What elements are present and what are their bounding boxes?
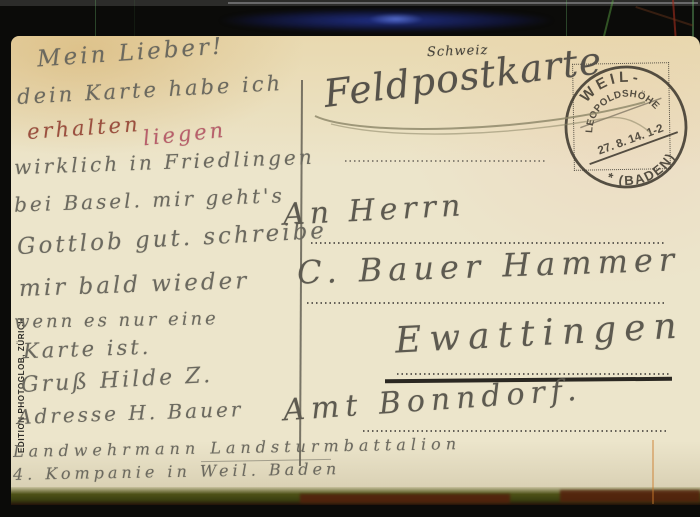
scan-scratch-line xyxy=(652,440,654,504)
scan-blue-smudge xyxy=(150,7,580,34)
message-line: bei Basel. mir geht's xyxy=(14,185,285,214)
message-line: wenn es nur eine xyxy=(14,310,219,332)
scan-bottom-stain xyxy=(560,490,700,502)
handwriting-flourish xyxy=(307,88,657,152)
message-line: mir bald wieder xyxy=(19,270,250,301)
message-line: Karte ist. xyxy=(23,337,152,362)
scan-scratch-line xyxy=(566,0,567,40)
scan-scratch-line xyxy=(95,0,96,36)
postmark-region: * (BADEN) xyxy=(601,146,683,198)
postcard-scan: EDITION PHOTOGLOB, ZÜRICH WEIL- LEOPOLDS… xyxy=(0,0,700,517)
scan-blue-dot xyxy=(368,13,424,25)
address-dotted-line xyxy=(307,302,667,304)
postmark-region-text: * (BADEN) xyxy=(601,146,683,198)
message-line: Mein Lieber! xyxy=(36,35,225,71)
address-line: An Herrn xyxy=(282,191,466,231)
postcard-back: EDITION PHOTOGLOB, ZÜRICH WEIL- LEOPOLDS… xyxy=(11,36,700,505)
message-line: Landwehrmann Landsturmbattalion xyxy=(13,436,461,460)
scan-scratch-line xyxy=(134,0,135,36)
message-line: liegen xyxy=(142,120,227,150)
message-line: Gottlob gut. schreibe xyxy=(17,220,328,259)
address-line: C. Bauer Hammer xyxy=(297,243,681,288)
message-line: Gruß Hilde Z. xyxy=(21,365,214,397)
message-line: 4. Kompanie in Weil. Baden xyxy=(13,461,341,483)
message-line: Adresse H. Bauer xyxy=(17,399,244,427)
annotation-schweiz: Schweiz xyxy=(427,44,489,59)
address-dotted-line xyxy=(397,373,670,375)
scan-top-highlight xyxy=(228,2,698,4)
message-line: dein Karte habe ich xyxy=(17,73,284,108)
address-line: Amt Bonndorf. xyxy=(282,376,583,427)
address-line: Ewattingen xyxy=(394,308,685,359)
message-line: wirklich in Friedlingen xyxy=(14,147,315,177)
address-dotted-line xyxy=(363,430,666,432)
message-line: erhalten xyxy=(26,114,141,143)
address-dotted-line xyxy=(345,160,545,162)
scan-scratch-line xyxy=(636,6,694,26)
scan-bottom-stain xyxy=(300,494,510,503)
